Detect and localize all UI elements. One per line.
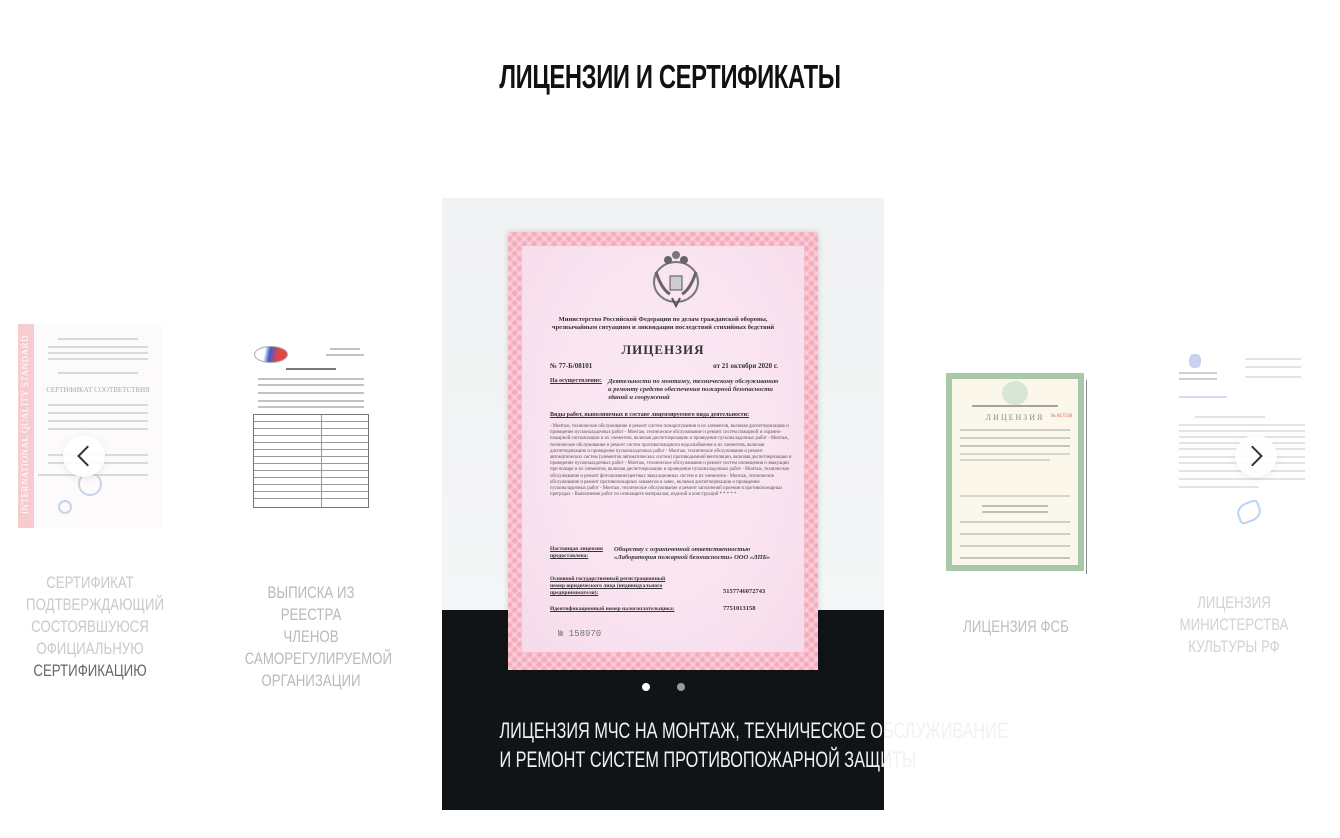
- chevron-right-icon: [1245, 445, 1267, 467]
- slide-caption: Сертификат подтверждающий состоявшуюся о…: [26, 572, 154, 682]
- license-for-label: На осуществление:: [550, 378, 602, 384]
- caption-line: сертификацию: [26, 660, 154, 682]
- slide-caption: Лицензия министерства культуры РФ: [1172, 592, 1297, 658]
- coat-of-arms-icon: [652, 250, 700, 308]
- caption-line: министерства: [1172, 614, 1297, 636]
- active-slide-caption: Лицензия МЧС на монтаж, техническое обсл…: [499, 716, 826, 774]
- caption-line: Сертификат: [26, 572, 154, 594]
- caption-line: Выписка из реестра: [245, 582, 378, 626]
- license-granted-to: Обществу с ограниченной ответственностью…: [614, 546, 794, 562]
- caption-line: и ремонт систем противопожарной защиты: [499, 745, 826, 774]
- slide-caption: Выписка из реестра членов саморегулируем…: [245, 582, 378, 692]
- slider-next-button[interactable]: [1235, 435, 1277, 477]
- slide-caption: Лицензия ФСБ: [952, 616, 1080, 638]
- license-inn: 7751013158: [723, 605, 756, 612]
- caption-line: состоявшуюся: [26, 616, 154, 638]
- fsb-image-edge: [1086, 380, 1087, 574]
- license-image[interactable]: Министерство Российской Федерации по дел…: [508, 232, 818, 670]
- license-inn-label: Идентификационный номер налогоплательщик…: [550, 606, 674, 612]
- license-types-heading: Виды работ, выполняемых в составе лиценз…: [550, 412, 749, 418]
- slider-pagination: [0, 683, 1340, 693]
- license-title: ЛИЦЕНЗИЯ: [522, 342, 804, 358]
- caption-line: членов: [245, 626, 378, 648]
- caption-line: Лицензия: [1172, 592, 1297, 614]
- caption-line: Лицензия ФСБ: [952, 616, 1080, 638]
- license-types-body: - Монтаж, техническое обслуживание и рем…: [550, 424, 794, 498]
- slider-prev-button[interactable]: [63, 435, 105, 477]
- license-granted-label: Настоящая лицензия предоставлена:: [550, 546, 605, 560]
- license-date: от 21 октября 2020 г.: [713, 362, 778, 370]
- caption-line: подтверждающий: [26, 594, 154, 616]
- license-ogrn-label: Основной государственный регистрационный…: [550, 576, 675, 597]
- certificate-heading: СЕРТИФИКАТ СООТВЕТСТВИЯ: [38, 386, 158, 394]
- caption-line: культуры РФ: [1172, 636, 1297, 658]
- pagination-dot-1[interactable]: [642, 683, 650, 691]
- license-activity: Деятельности по монтажу, техническому об…: [608, 378, 783, 402]
- fsb-license-image[interactable]: ЛИЦЕНЗИЯ № 017538: [946, 373, 1084, 571]
- caption-line: официальную: [26, 638, 154, 660]
- registry-table: [253, 414, 369, 508]
- chevron-left-icon: [73, 445, 95, 467]
- license-serial: № 158970: [558, 629, 601, 639]
- caption-line: Лицензия МЧС на монтаж, техническое обсл…: [499, 716, 826, 745]
- certificate-image[interactable]: INTERNATIONAL QUALITY STANDARD СЕРТИФИКА…: [18, 324, 162, 528]
- license-number: № 77-Б/08101: [550, 362, 592, 370]
- emblem-icon: [1189, 354, 1201, 368]
- registry-extract-image[interactable]: [250, 344, 372, 510]
- pagination-dot-2[interactable]: [677, 683, 685, 691]
- signature: [1234, 498, 1263, 525]
- license-ministry: Министерство Российской Федерации по дел…: [522, 316, 804, 332]
- caption-line: саморегулируемой: [245, 648, 378, 670]
- certificate-stripe-text: INTERNATIONAL QUALITY STANDARD: [20, 335, 30, 514]
- section-title: ЛИЦЕНЗИИ И СЕРТИФИКАТЫ: [188, 58, 1153, 96]
- license-ogrn: 5157746072743: [723, 588, 765, 595]
- fsb-license-number: № 017538: [1051, 414, 1072, 419]
- sro-logo: [254, 346, 288, 363]
